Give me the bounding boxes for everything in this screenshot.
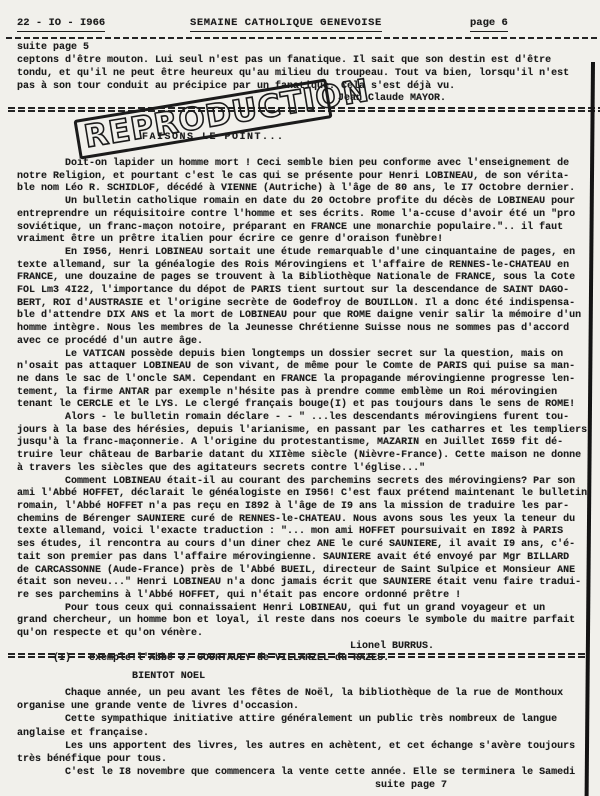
faisons-paragraph: Doit-on lapider un homme mort ! Ceci sem… <box>17 158 587 196</box>
noel-paragraph: Les uns apportent des livres, les autres… <box>17 740 575 766</box>
burrus-signature: Lionel BURRUS. <box>350 641 434 654</box>
header-title: SEMAINE CATHOLIQUE GENEVOISE <box>190 17 382 32</box>
faisons-paragraph: Pour tous ceux qui connaissaient Henri L… <box>17 603 587 641</box>
noel-article-body: Chaque année, un peu avant les fêtes de … <box>17 687 575 779</box>
faisons-paragraph: Comment LOBINEAU était-il au courant des… <box>17 476 587 603</box>
header-page-number: page 6 <box>470 17 508 32</box>
faisons-paragraph: En I956, Henri LOBINEAU sortait une étud… <box>17 247 587 349</box>
faisons-paragraph: Alors - le bulletin romain déclare - - "… <box>17 412 587 476</box>
noel-title: BIENTOT NOEL <box>132 670 205 683</box>
faisons-paragraph: Le VATICAN possède depuis bien longtemps… <box>17 349 587 413</box>
continuation-note-bottom: suite page 7 <box>375 779 447 792</box>
continuation-note-top: suite page 5 <box>17 41 89 54</box>
noel-paragraph: Chaque année, un peu avant les fêtes de … <box>17 687 575 713</box>
footnote-row: (I) - exemple:l'Abbé J. COURTAULY de VIL… <box>17 641 587 692</box>
faisons-article-body: Doit-on lapider un homme mort ! Ceci sem… <box>17 158 587 692</box>
header-divider <box>6 37 600 39</box>
header-date: 22 - IO - I966 <box>17 17 105 32</box>
section-divider-bottom <box>8 653 586 658</box>
faisons-paragraph: Un bulletin catholique romain en date du… <box>17 196 587 247</box>
page-header: 22 - IO - I966 SEMAINE CATHOLIQUE GENEVO… <box>0 17 600 33</box>
noel-paragraph: Cette sympathique initiative attire géné… <box>17 713 575 739</box>
noel-paragraph: C'est le I8 novembre que commencera la v… <box>17 766 575 779</box>
